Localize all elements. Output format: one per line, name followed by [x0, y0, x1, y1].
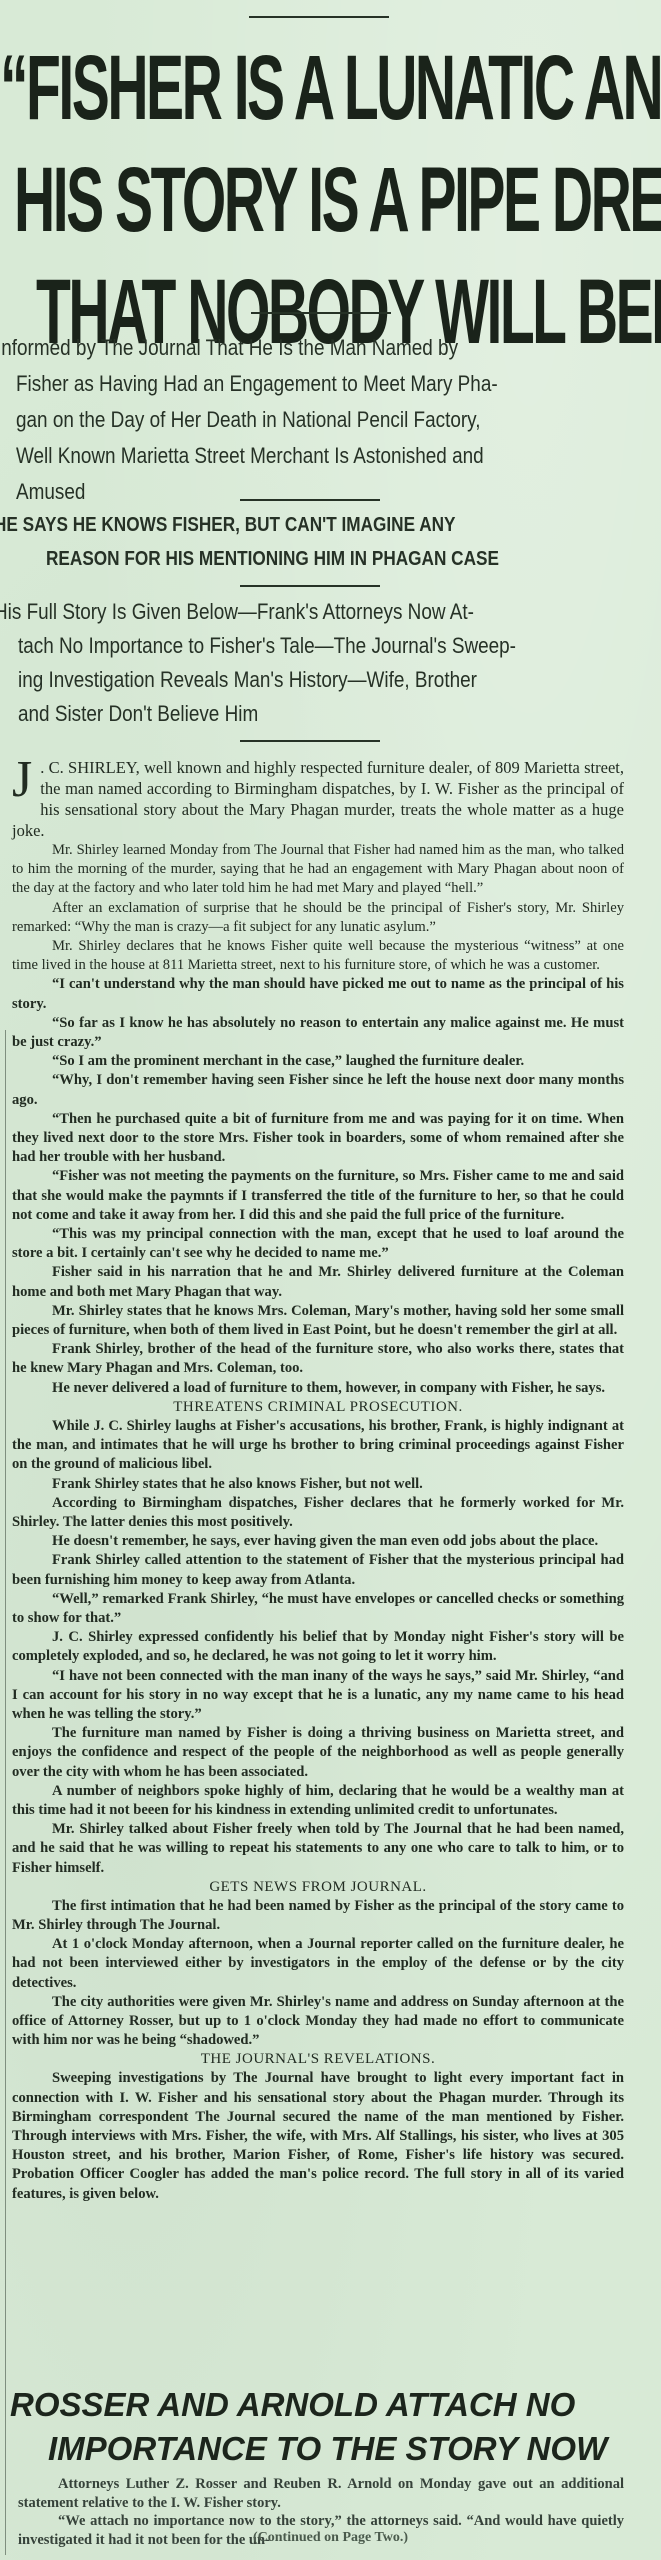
- paragraph: “Why, I don't remember having seen Fishe…: [12, 1071, 624, 1109]
- paragraph: He never delivered a load of furniture t…: [12, 1379, 624, 1398]
- paragraph: A number of neighbors spoke highly of hi…: [12, 1782, 624, 1820]
- paragraph: After an exclamation of surprise that he…: [12, 899, 624, 937]
- subheadline-rosser-arnold: ROSSER AND ARNOLD ATTACH NO IMPORTANCE T…: [10, 2383, 650, 2471]
- column-rule: [5, 1030, 6, 2555]
- lead-paragraph: J. C. SHIRLEY, well known and highly res…: [12, 757, 624, 841]
- deck3-line-1: His Full Story Is Given Below—Frank's At…: [0, 595, 532, 629]
- paragraph: He doesn't remember, he says, ever havin…: [12, 1532, 624, 1551]
- paragraph: Mr. Shirley talked about Fisher freely w…: [12, 1820, 624, 1878]
- paragraph: While J. C. Shirley laughs at Fisher's a…: [12, 1417, 624, 1475]
- deck-says: HE SAYS HE KNOWS FISHER, BUT CAN'T IMAGI…: [0, 508, 620, 576]
- headline-line-2: HIS STORY IS A PIPE DREAM,: [14, 144, 402, 256]
- drop-cap: J: [12, 759, 32, 801]
- divider-3: [240, 585, 380, 587]
- paragraph: “This was my principal connection with t…: [12, 1225, 624, 1263]
- divider-top: [249, 16, 389, 18]
- paragraph: Frank Shirley, brother of the head of th…: [12, 1340, 624, 1378]
- paragraph: Attorneys Luther Z. Rosser and Reuben R.…: [18, 2475, 624, 2512]
- paragraph: Frank Shirley called attention to the st…: [12, 1551, 624, 1589]
- paragraph: The city authorities were given Mr. Shir…: [12, 1993, 624, 2051]
- deck-informed: Informed by The Journal That He Is the M…: [0, 330, 620, 510]
- paragraph: Mr. Shirley learned Monday from The Jour…: [12, 841, 624, 899]
- section-heading-revelations: THE JOURNAL'S REVELATIONS.: [12, 2050, 624, 2069]
- paragraph: According to Birmingham dispatches, Fish…: [12, 1494, 624, 1532]
- deck2-line-2: REASON FOR HIS MENTIONING HIM IN PHAGAN …: [46, 542, 540, 576]
- subhead-line-2: IMPORTANCE TO THE STORY NOW: [48, 2427, 650, 2471]
- divider-2: [240, 499, 380, 501]
- paragraph: Fisher said in his narration that he and…: [12, 1263, 624, 1301]
- deck1-line-2: Fisher as Having Had an Engagement to Me…: [16, 366, 535, 402]
- paragraph: Mr. Shirley declares that he knows Fishe…: [12, 937, 624, 975]
- main-headline: “FISHER IS A LUNATIC AND HIS STORY IS A …: [0, 32, 640, 368]
- headline-line-1: “FISHER IS A LUNATIC AND: [0, 32, 397, 144]
- section-heading-gets-news: GETS NEWS FROM JOURNAL.: [12, 1878, 624, 1897]
- divider-1: [251, 312, 391, 314]
- paragraph: “I can't understand why the man should h…: [12, 975, 624, 1013]
- article-body: J. C. SHIRLEY, well known and highly res…: [12, 757, 624, 2204]
- section-heading-threatens: THREATENS CRIMINAL PROSECUTION.: [12, 1398, 624, 1417]
- deck1-line-1: Informed by The Journal That He Is the M…: [0, 330, 533, 366]
- paragraph: Frank Shirley states that he also knows …: [12, 1475, 624, 1494]
- paragraph: “I have not been connected with the man …: [12, 1667, 624, 1725]
- paragraph: “So far as I know he has absolutely no r…: [12, 1014, 624, 1052]
- paragraph: The furniture man named by Fisher is doi…: [12, 1724, 624, 1782]
- deck2-line-1: HE SAYS HE KNOWS FISHER, BUT CAN'T IMAGI…: [0, 508, 532, 542]
- paragraph: “Then he purchased quite a bit of furnit…: [12, 1110, 624, 1168]
- paragraph: Mr. Shirley states that he knows Mrs. Co…: [12, 1302, 624, 1340]
- paragraph: J. C. Shirley expressed confidently his …: [12, 1628, 624, 1666]
- deck1-line-5: Amused: [16, 474, 535, 510]
- deck1-line-3: gan on the Day of Her Death in National …: [16, 402, 535, 438]
- deck3-line-2: tach No Importance to Fisher's Tale—The …: [18, 629, 536, 663]
- deck3-line-4: and Sister Don't Believe Him: [18, 697, 536, 731]
- deck-full-story: His Full Story Is Given Below—Frank's At…: [0, 595, 620, 731]
- divider-4: [240, 740, 380, 742]
- paragraph: “Fisher was not meeting the payments on …: [12, 1167, 624, 1225]
- paragraph: “So I am the prominent merchant in the c…: [12, 1052, 624, 1071]
- paragraph: Sweeping investigations by The Journal h…: [12, 2069, 624, 2203]
- deck3-line-3: ing Investigation Reveals Man's History—…: [18, 663, 536, 697]
- deck1-line-4: Well Known Marietta Street Merchant Is A…: [16, 438, 535, 474]
- continued-notice: (Continued on Page Two.): [0, 2530, 661, 2546]
- paragraph: The first intimation that he had been na…: [12, 1897, 624, 1935]
- subhead-line-1: ROSSER AND ARNOLD ATTACH NO: [10, 2383, 650, 2427]
- paragraph: “Well,” remarked Frank Shirley, “he must…: [12, 1590, 624, 1628]
- paragraph: At 1 o'clock Monday afternoon, when a Jo…: [12, 1935, 624, 1993]
- newspaper-page: “FISHER IS A LUNATIC AND HIS STORY IS A …: [0, 0, 661, 2560]
